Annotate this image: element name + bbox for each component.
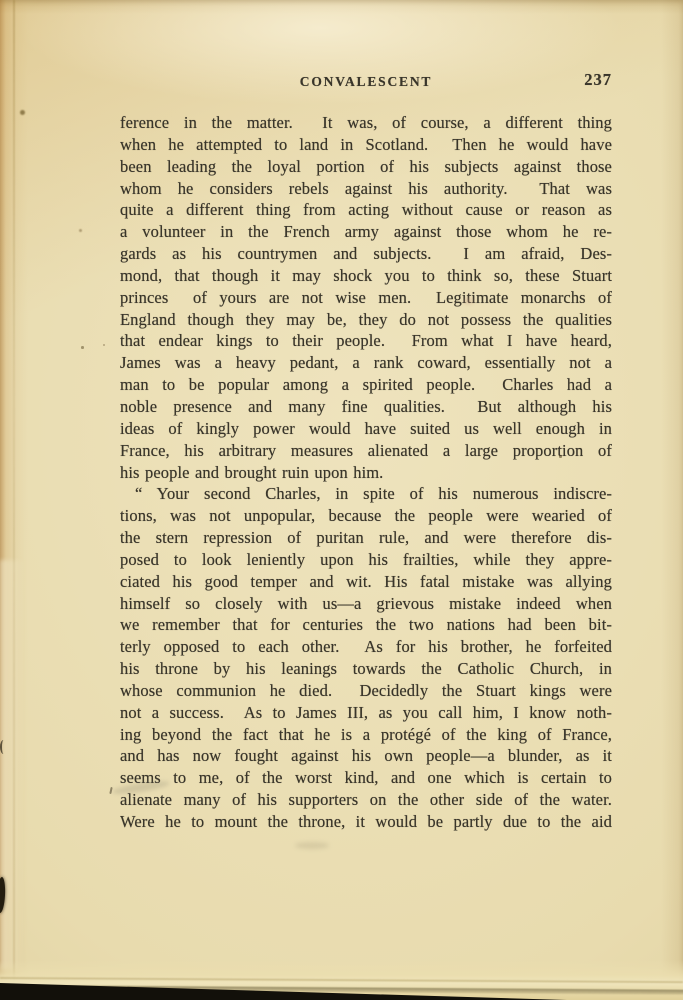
- text-line: ference in the matter. It was, of course…: [120, 112, 612, 134]
- text-line: ideas of kingly power would have suited …: [120, 418, 612, 440]
- text-line: James was a heavy pedant, a rank coward,…: [120, 352, 612, 374]
- text-line: we remember that for centuries the two n…: [120, 614, 612, 636]
- text-line: England though they may be, they do not …: [120, 309, 612, 331]
- foxing-speck: [103, 344, 105, 346]
- text-line: quite a different thing from acting with…: [120, 199, 612, 221]
- text-line: himself so closely with us—a grievous mi…: [120, 593, 612, 615]
- text-line: Were he to mount the throne, it would be…: [120, 811, 612, 833]
- margin-mark: [0, 740, 7, 754]
- text-line: gards as his countrymen and subjects. I …: [120, 243, 612, 265]
- text-line: not a success. As to James III, as you c…: [120, 702, 612, 724]
- text-line: tions, was not unpopular, because the pe…: [120, 505, 612, 527]
- text-line: terly opposed to each other. As for his …: [120, 636, 612, 658]
- text-line: been leading the loyal portion of his su…: [120, 156, 612, 178]
- text-line: alienate many of his supporters on the o…: [120, 789, 612, 811]
- foxing-speck: [79, 229, 82, 232]
- text-line: the stern repression of puritan rule, an…: [120, 527, 612, 549]
- body-text: ference in the matter. It was, of course…: [120, 112, 612, 833]
- text-line: and has now fought against his own peopl…: [120, 745, 612, 767]
- margin-smudge: [295, 842, 329, 849]
- text-line: France, his arbitrary measures alienated…: [120, 440, 612, 462]
- text-line: when he attempted to land in Scotland. T…: [120, 134, 612, 156]
- gutter-highlight: [0, 560, 24, 970]
- text-line: whose communion he died. Decidedly the S…: [120, 680, 612, 702]
- page-header: CONVALESCENT 237: [120, 72, 612, 94]
- foxing-speck: [559, 455, 562, 458]
- text-line: ciated his good temper and wit. His fata…: [120, 571, 612, 593]
- text-line: his people and brought ruin upon him.: [120, 462, 612, 484]
- text-line: whom he considers rebels against his aut…: [120, 178, 612, 200]
- text-line: man to be popular among a spirited peopl…: [120, 374, 612, 396]
- text-line: seems to me, of the worst kind, and one …: [120, 767, 612, 789]
- text-line: mond, that though it may shock you to th…: [120, 265, 612, 287]
- text-line: “ Your second Charles, in spite of his n…: [120, 483, 612, 505]
- text-line: noble presence and many fine qualities. …: [120, 396, 612, 418]
- book-page-photo: CONVALESCENT 237 ference in the matter. …: [0, 0, 683, 1000]
- foxing-speck: [464, 298, 473, 304]
- page-number: 237: [584, 70, 612, 90]
- foxing-speck: [81, 346, 84, 349]
- text-line: his throne by his leanings towards the C…: [120, 658, 612, 680]
- text-line: posed to look leniently upon his frailti…: [120, 549, 612, 571]
- text-line: that endear kings to their people. From …: [120, 330, 612, 352]
- text-line: princes of yours are not wise men. Legit…: [120, 287, 612, 309]
- foxing-speck: [20, 110, 25, 115]
- text-line: a volunteer in the French army against t…: [120, 221, 612, 243]
- running-title: CONVALESCENT: [120, 72, 612, 92]
- text-line: ing beyond the fact that he is a protégé…: [120, 724, 612, 746]
